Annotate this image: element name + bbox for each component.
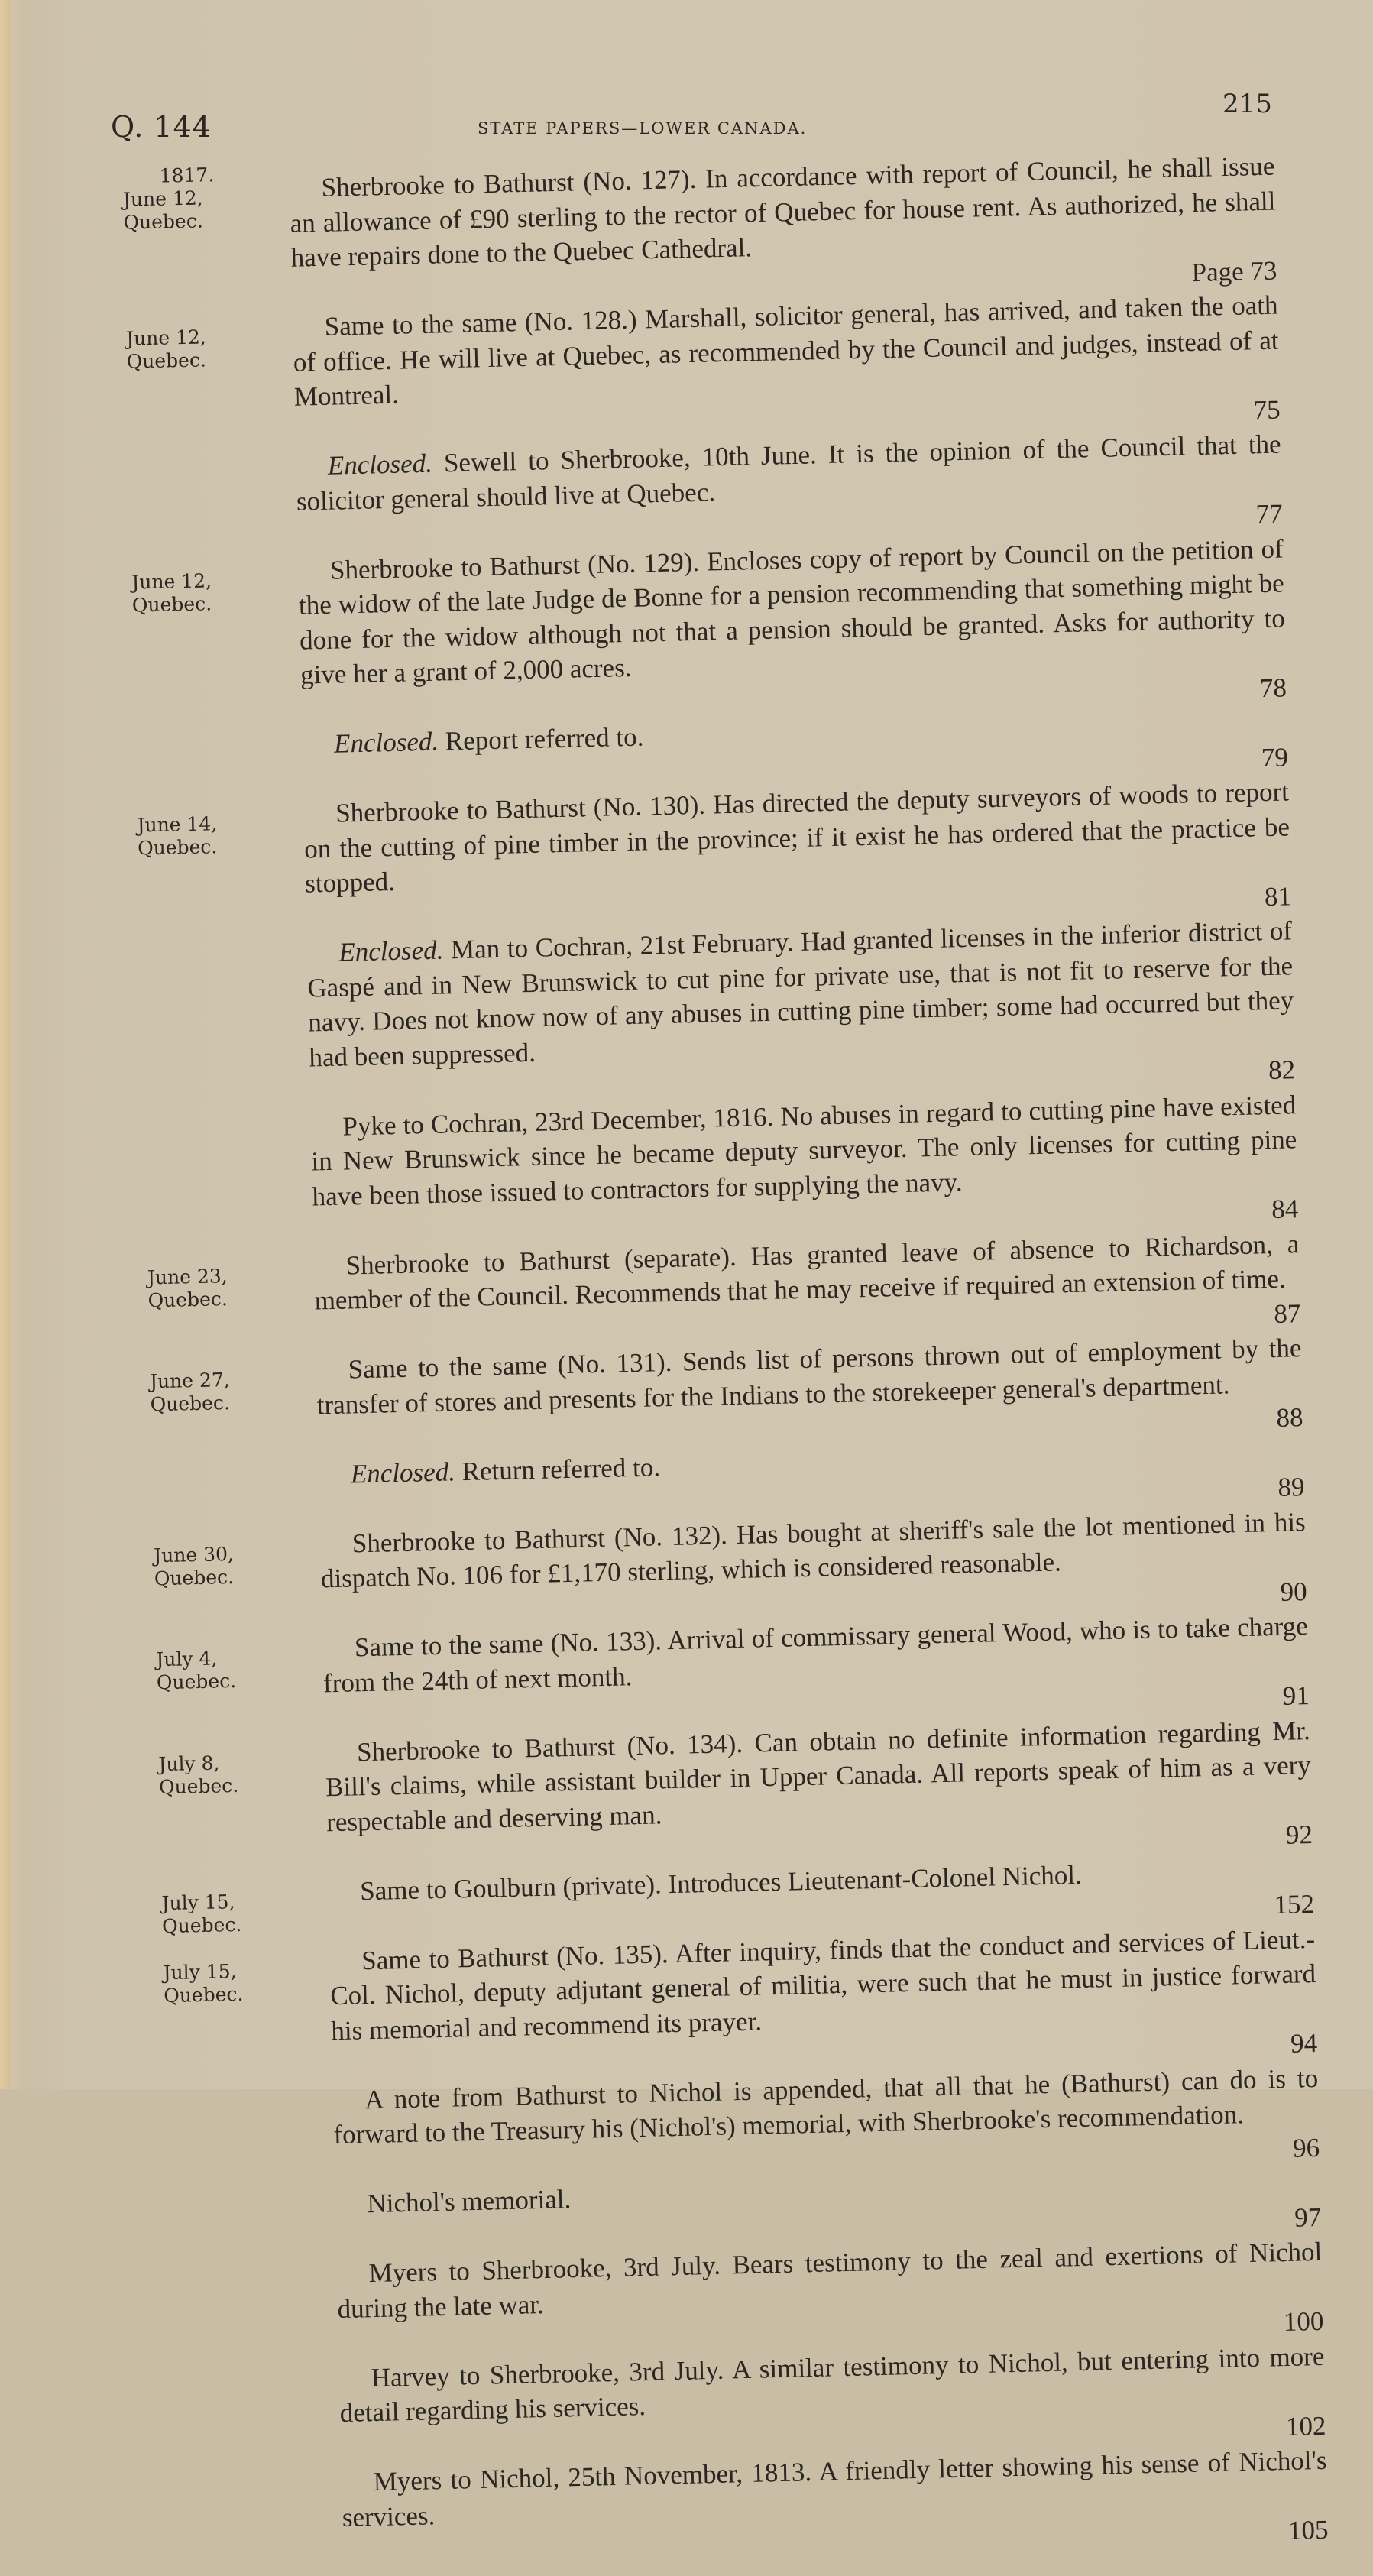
margin-date-note: June 30,Quebec. bbox=[146, 1542, 254, 1590]
place-label: Quebec. bbox=[154, 1913, 262, 1938]
entry-paragraph: Sherbrooke to Bathurst (No. 127). In acc… bbox=[289, 149, 1277, 310]
margin-date-note: 1817.June 12,Quebec. bbox=[115, 164, 223, 235]
calendar-entries: 1817.June 12,Quebec.Sherbrooke to Bathur… bbox=[0, 147, 1373, 2089]
margin-date-note: July 15,Quebec. bbox=[155, 1959, 263, 2007]
calendar-entry: June 14,Quebec.Sherbrooke to Bathurst (N… bbox=[15, 772, 1373, 1255]
date-label: June 12, bbox=[115, 186, 223, 212]
place-label: Quebec. bbox=[151, 1774, 259, 1799]
entry-paragraph: Sherbrooke to Bathurst (No. 130). Has di… bbox=[303, 774, 1292, 935]
date-label: July 4, bbox=[148, 1646, 256, 1671]
place-label: Quebec. bbox=[147, 1565, 254, 1590]
calendar-entry: June 12,Quebec.Same to the same (No. 128… bbox=[3, 286, 1373, 560]
date-label: July 8, bbox=[151, 1751, 258, 1776]
calendar-entry: June 27,Quebec.Same to the same (No. 131… bbox=[27, 1328, 1373, 1533]
place-label: Quebec. bbox=[142, 1391, 250, 1416]
paragraph-text: Sherbrooke to Bathurst (No. 134). Can ob… bbox=[325, 1716, 1312, 1837]
entry-body: Same to the same (No. 128.) Marshall, so… bbox=[292, 288, 1283, 554]
entry-paragraph: Enclosed. Man to Cochran, 21st February.… bbox=[306, 913, 1296, 1110]
running-title: STATE PAPERS—LOWER CANADA. bbox=[478, 119, 807, 138]
margin-date-note: June 12,Quebec. bbox=[124, 569, 232, 617]
margin-date-note: June 14,Quebec. bbox=[129, 812, 237, 860]
entry-body: Sherbrooke to Bathurst (No. 130). Has di… bbox=[303, 774, 1299, 1249]
enclosure-label: Enclosed. bbox=[334, 727, 439, 759]
margin-date-note: July 4,Quebec. bbox=[148, 1646, 256, 1694]
place-label: Quebec. bbox=[115, 209, 223, 235]
place-label: Quebec. bbox=[156, 1982, 264, 2007]
entry-body: Same to Bathurst (No. 135). After inquir… bbox=[329, 1921, 1329, 2089]
date-label: June 23, bbox=[140, 1264, 248, 1289]
entry-paragraph: Same to the same (No. 128.) Marshall, so… bbox=[292, 288, 1281, 449]
entry-paragraph: Same to Bathurst (No. 135). After inquir… bbox=[329, 1921, 1318, 2082]
margin-date-note: June 23,Quebec. bbox=[140, 1264, 248, 1312]
place-label: Quebec. bbox=[125, 591, 232, 617]
enclosure-label: Enclosed. bbox=[327, 449, 432, 481]
margin-date-note: June 12,Quebec. bbox=[118, 326, 226, 374]
paragraph-text: Same to the same (No. 128.) Marshall, so… bbox=[293, 290, 1279, 412]
calendar-entry: June 12,Quebec.Sherbrooke to Bathurst (N… bbox=[9, 529, 1373, 803]
paragraph-text: Sherbrooke to Bathurst (No. 127). In acc… bbox=[290, 151, 1276, 273]
paragraph-text: Sherbrooke to Bathurst (No. 129). Enclos… bbox=[299, 533, 1286, 690]
place-label: Quebec. bbox=[140, 1287, 248, 1312]
place-label: Quebec. bbox=[130, 835, 238, 860]
paragraph-text: Man to Cochran, 21st February. Had grant… bbox=[307, 915, 1294, 1072]
paragraph-text: Report referred to. bbox=[445, 722, 643, 757]
margin-date-note: July 8,Quebec. bbox=[151, 1751, 258, 1799]
date-label: July 15, bbox=[154, 1890, 261, 1915]
date-label: June 12, bbox=[118, 326, 226, 351]
date-label: June 30, bbox=[146, 1542, 254, 1567]
place-label: Quebec. bbox=[118, 348, 226, 374]
date-label: June 27, bbox=[142, 1368, 250, 1393]
scanned-page: Q. 144 STATE PAPERS—LOWER CANADA. 215 18… bbox=[0, 0, 1373, 2089]
margin-date-note: June 27,Quebec. bbox=[142, 1368, 250, 1416]
paragraph-text: Pyke to Cochran, 23rd December, 1816. No… bbox=[311, 1090, 1297, 1211]
enclosure-label: Enclosed. bbox=[350, 1456, 455, 1489]
date-label: June 14, bbox=[129, 812, 237, 838]
enclosure-label: Enclosed. bbox=[338, 935, 444, 967]
year-label: 1817. bbox=[115, 164, 222, 189]
date-label: June 12, bbox=[124, 569, 232, 594]
entry-body: Same to the same (No. 131). Sends list o… bbox=[316, 1330, 1305, 1527]
entry-paragraph: Sherbrooke to Bathurst (No. 134). Can ob… bbox=[325, 1713, 1313, 1874]
entry-paragraph: Sherbrooke to Bathurst (No. 129). Enclos… bbox=[297, 531, 1287, 727]
paragraph-text: Same to Bathurst (No. 135). After inquir… bbox=[330, 1923, 1316, 2045]
page-number: 215 bbox=[1222, 89, 1272, 119]
entry-body: Sherbrooke to Bathurst (No. 127). In acc… bbox=[289, 149, 1277, 310]
paragraph-text: Return referred to. bbox=[461, 1452, 660, 1486]
entry-body: Sherbrooke to Bathurst (No. 129). Enclos… bbox=[297, 531, 1288, 797]
margin-date-note: July 15,Quebec. bbox=[154, 1890, 261, 1938]
running-header: Q. 144 STATE PAPERS—LOWER CANADA. 215 bbox=[0, 98, 1373, 151]
volume-reference: Q. 144 bbox=[111, 110, 212, 144]
place-label: Quebec. bbox=[149, 1669, 257, 1694]
entry-paragraph: Pyke to Cochran, 23rd December, 1816. No… bbox=[310, 1087, 1299, 1249]
entry-body: Sherbrooke to Bathurst (No. 134). Can ob… bbox=[325, 1713, 1313, 1874]
paragraph-text: Sherbrooke to Bathurst (No. 130). Has di… bbox=[304, 776, 1290, 898]
date-label: July 15, bbox=[155, 1959, 263, 1985]
